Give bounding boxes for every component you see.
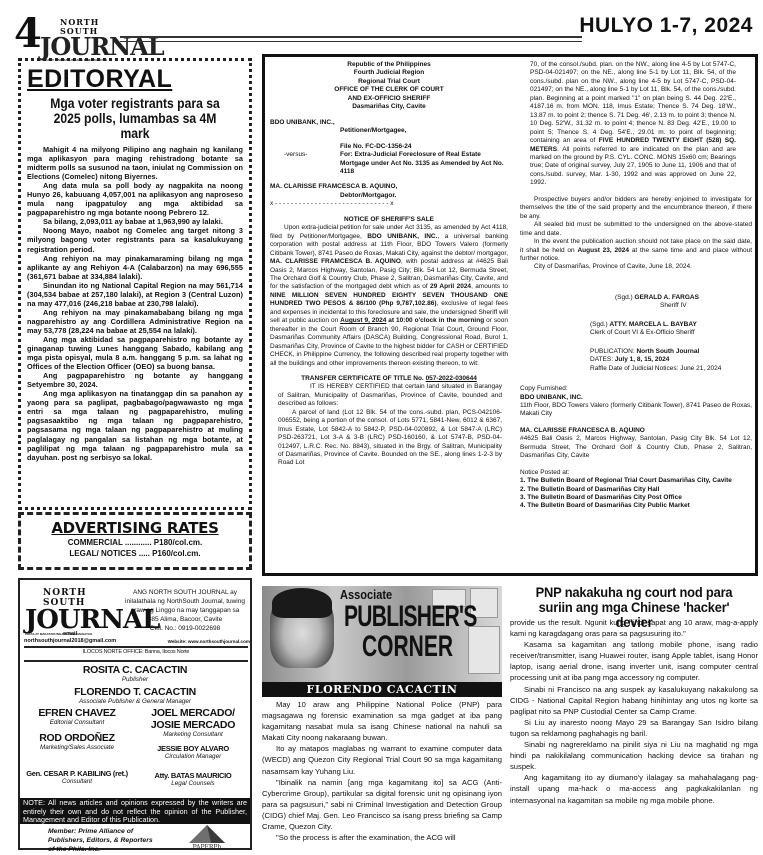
- editorial-headline: Mga voter registrants para sa 2025 polls…: [38, 96, 232, 141]
- copy-recipient: MA. CLARISSE FRANCESCA B. AQUINO: [520, 427, 752, 435]
- contact-row: email northsouthjournal2018@gmail.com We…: [24, 631, 250, 645]
- news-paragraph: provide us the result. Ngunit kung hindi…: [510, 617, 758, 639]
- alternate-date: In the event the publication auction sho…: [520, 238, 752, 263]
- posted-label: Notice Posted at:: [520, 469, 752, 477]
- sheriff-title: Sheriff IV: [660, 302, 752, 310]
- posted-item: 4. The Bulletin Board of Dasmariñas City…: [520, 502, 752, 510]
- news-paragraph: Ang kagamitang ito ay diumano'y ilalagay…: [510, 772, 758, 805]
- page-number: 4: [14, 14, 42, 54]
- issue-date: HULYO 1-7, 2024: [560, 14, 753, 38]
- staff-role: Publisher: [20, 676, 250, 684]
- staff-name: Atty. BATAS MAURICIO: [138, 771, 248, 780]
- tct-continuation: 70, of the consol./subd. plan. on the NW…: [530, 61, 736, 188]
- editorial-paragraph: Noong Mayo, naabot ng Comelec ang target…: [27, 226, 243, 253]
- ilocos-office: ILOCOS NORTE OFFICE: Banna, Ilocos Norte: [24, 649, 248, 656]
- copy-furnished-label: Copy Furnished:: [520, 385, 752, 393]
- publication: PUBLICATION: North South Journal: [590, 348, 752, 356]
- editorial-paragraph: Ang rehiyon na may pinakamaraming bilang…: [27, 254, 243, 281]
- separator: x - - - - - - - - - - - - - - - - - - - …: [270, 200, 508, 208]
- divider: [24, 660, 248, 662]
- columnist-hair: [272, 588, 332, 618]
- editorial-title: EDITORYAL: [27, 65, 243, 93]
- rate-commercial: COMMERCIAL ............ P180/col.cm.: [21, 537, 249, 548]
- pyramid-icon: PAPERPh: [185, 824, 229, 850]
- staff-circulation: JESSIE BOY ALVARO Circulation Manager: [138, 744, 248, 761]
- copy-address: 11th Floor, BDO Towers Valero (formerly …: [520, 402, 752, 419]
- header-rule: [120, 36, 582, 42]
- column-paragraph: "So the process is after the examination…: [262, 832, 502, 843]
- svg-text:PAPERPh: PAPERPh: [193, 844, 222, 850]
- journal-logo: NORTH SOUTH JOURNAL PATAS AT MAKATARUNGA…: [25, 588, 115, 628]
- website-link[interactable]: Website: www.northsouthjournal.com: [168, 638, 250, 645]
- editorial-paragraph: Mahigit 4 na milyong Pilipino ang naghai…: [27, 145, 243, 181]
- tct-heading: TRANSFER CERTIFICATE OF TITLE No. 057-20…: [270, 375, 508, 383]
- signature-clerk: (Sgd.) ATTY. MARCELA L. BAYBAY: [590, 321, 752, 329]
- file-no: File No. FC-DC-1356-24: [340, 143, 505, 151]
- staff-role: Marketing Consultant: [138, 731, 248, 739]
- masthead-main: JOURNAL: [40, 36, 130, 58]
- debtor: MA. CLARISSE FRAMCESCA B. AQUINO,: [270, 183, 508, 191]
- debtor-role: Debtor/Mortgagor.: [340, 192, 508, 200]
- editorial-paragraph: Ang mga aplikasyon na tinatanggap din sa…: [27, 389, 243, 461]
- staff-role: Consultant: [22, 778, 132, 786]
- email-link[interactable]: northsouthjournal2018@gmail.com: [24, 638, 116, 645]
- versus: -versus-: [270, 143, 340, 177]
- staff-marketing-consultant: JOEL MERCADO/ JOSIE MERCADO Marketing Co…: [138, 707, 248, 739]
- copy-recipient: BDO UNIBANK, INC.: [520, 394, 752, 402]
- copy-address: #4625 Bali Oasis 2, Marcos Highway, Sant…: [520, 435, 752, 460]
- staff-marketing-sales: ROD ORDOÑEZ Marketing/Sales Associate: [22, 732, 132, 752]
- posted-item: 1. The Bulletin Board of Regional Trial …: [520, 477, 752, 485]
- disclaimer-note: NOTE: All news articles and opinions exp…: [20, 798, 250, 824]
- editorial-box: EDITORYAL Mga voter registrants para sa …: [18, 58, 252, 510]
- court-line: Dasmariñas City, Cavite: [270, 103, 508, 111]
- editorial-paragraph: Sa bilang, 2,093,011 ay babae at 1,963,9…: [27, 217, 243, 226]
- news-paragraph: Kasama sa kagamitan ang tatlong mobile p…: [510, 639, 758, 683]
- email-label: email: [24, 631, 116, 638]
- news-paragraph: Sinabi ng nagrereklamo na pinilit siya n…: [510, 739, 758, 772]
- desc-line: 385 Alima, Bacoor, Cavite: [120, 615, 250, 624]
- staff-name: ROSITA C. CACACTIN: [20, 664, 250, 676]
- masthead-info-box: NORTH SOUTH JOURNAL PATAS AT MAKATARUNGA…: [18, 578, 252, 850]
- staff-role: Circulation Manager: [138, 753, 248, 761]
- divider: [24, 646, 248, 648]
- email-block: email northsouthjournal2018@gmail.com: [24, 631, 116, 645]
- column-body: May 10 araw ang Philippine National Poli…: [262, 699, 502, 843]
- publication-dates: DATES: July 1, 8, 15, 2024: [590, 356, 752, 364]
- court-line: Regional Trial Court: [270, 78, 508, 86]
- staff-editorial-consultant: EFREN CHAVEZ Editorial Consultant: [22, 707, 132, 727]
- clerk-title: Clerk of Court VI & Ex-Officio Sheriff: [590, 329, 752, 337]
- prospective-buyers: Prospective buyers and/or bidders are he…: [520, 196, 752, 221]
- staff-name: JOEL MERCADO/: [138, 707, 248, 719]
- raffle-date: Raffle Date of Judicial Notices: June 21…: [590, 365, 752, 373]
- petitioner-role: Petitioner/Mortgagee,: [340, 127, 508, 135]
- case-details: File No. FC-DC-1356-24 For: Extra-Judici…: [340, 143, 505, 177]
- staff-legal: Atty. BATAS MAURICIO Legal Counsels: [138, 771, 248, 788]
- sealed-bid: All sealed bid must be submitted to the …: [520, 221, 752, 238]
- staff-publisher: ROSITA C. CACACTIN Publisher: [20, 664, 250, 684]
- staff-name: ROD ORDOÑEZ: [22, 732, 132, 744]
- posted-item: 2. The Bulletin Board of Dasmariñas City…: [520, 486, 752, 494]
- advertising-rates-box: ADVERTISING RATES COMMERCIAL ...........…: [18, 512, 252, 570]
- tct-certification: IT IS HEREBY CERTIFIED that certain land…: [278, 383, 502, 408]
- column-paragraph: May 10 araw ang Philippine National Poli…: [262, 699, 502, 743]
- member-alliance: Member: Prime Alliance of Publishers, Ed…: [48, 828, 158, 854]
- desc-line: araw ng Linggo na may tanggapan sa: [120, 606, 250, 615]
- publishers-corner-banner: Associate PUBLISHER'S CORNER: [262, 586, 502, 682]
- desc-line: inilalathala ng NorthSouth Journal, tuwi…: [120, 597, 250, 606]
- notice-title: NOTICE OF SHERIFF'S SALE: [270, 216, 508, 224]
- staff-role: Associate Publisher & General Manager: [20, 698, 250, 706]
- editorial-paragraph: Sinundan ito ng National Capital Region …: [27, 281, 243, 308]
- tct-parcel: A parcel of land (Lot 12 Blk. 54 of the …: [278, 409, 502, 468]
- notice-left-column: Republic of the Philippines Fourth Judic…: [270, 61, 508, 468]
- court-line: Fourth Judicial Region: [270, 69, 508, 77]
- staff-name: EFREN CHAVEZ: [22, 707, 132, 719]
- case-for: For: Extra-Judicial Foreclosure of Real …: [340, 151, 505, 176]
- columnist-name: FLORENDO CACACTIN: [262, 682, 502, 697]
- news-paragraph: Sinabi ni Francisco na ang suspek ay kas…: [510, 684, 758, 717]
- advertising-title: ADVERTISING RATES: [21, 519, 249, 537]
- court-line: AND EX-OFFICIO SHERIFF: [270, 95, 508, 103]
- staff-name: JESSIE BOY ALVARO: [138, 744, 248, 753]
- staff-name: FLORENDO T. CACACTIN: [20, 686, 250, 698]
- banner-publishers: PUBLISHER'S: [344, 602, 477, 632]
- staff-consultant: Gen. CESAR P. KABILING (ret.) Consultant: [22, 769, 132, 786]
- column-paragraph: "Ibinalik na namin [ang mga kagamitang i…: [262, 777, 502, 832]
- masthead-logo: NORTH SOUTH JOURNAL PATAS AT MAKATARUNGA…: [40, 18, 130, 52]
- newspaper-clipping: [468, 626, 500, 674]
- news-paragraph: Si Liu ay inaresto noong Mayo 29 sa Bara…: [510, 717, 758, 739]
- paperph-logo: PAPERPh: [185, 824, 229, 850]
- banner-corner: CORNER: [362, 632, 453, 662]
- notice-right-column: 70, of the consol./subd. plan. on the NW…: [520, 61, 752, 511]
- staff-assoc-publisher: FLORENDO T. CACACTIN Associate Publisher…: [20, 686, 250, 706]
- sheriff-sale-notice: Republic of the Philippines Fourth Judic…: [262, 54, 758, 576]
- court-line: OFFICE OF THE CLERK OF COURT: [270, 86, 508, 94]
- news-body: provide us the result. Ngunit kung hindi…: [510, 617, 758, 806]
- column-paragraph: Ito ay matapos maglabas ng warrant to ex…: [262, 743, 502, 776]
- posted-item: 3. The Bulletin Board of Dasmariñas City…: [520, 494, 752, 502]
- staff-name: JOSIE MERCADO: [138, 719, 248, 731]
- editorial-paragraph: Ang mga aktibidad sa pagpaparehistro ng …: [27, 335, 243, 371]
- logo-main-text: JOURNAL: [25, 608, 115, 632]
- petitioner: BDO UNIBANK, INC.,: [270, 119, 508, 127]
- city-date: City of Dasmariñas, Province of Cavite, …: [520, 263, 752, 271]
- staff-role: Marketing/Sales Associate: [22, 744, 132, 752]
- desc-line: ANG NORTH SOUTH JOURNAL ay: [120, 588, 250, 597]
- notice-body: Upon extra-judicial petition for sale un…: [270, 224, 508, 368]
- signature-sheriff: (Sgd.) GERALD A. FARGAS: [615, 294, 752, 302]
- case-row: -versus- File No. FC-DC-1356-24 For: Ext…: [270, 143, 508, 177]
- publication-description: ANG NORTH SOUTH JOURNAL ay inilalathala …: [120, 588, 250, 633]
- court-header: Republic of the Philippines Fourth Judic…: [270, 61, 508, 112]
- editorial-paragraph: Ang pagpaparehistro ng botante ay hangga…: [27, 371, 243, 389]
- staff-name: Gen. CESAR P. KABILING (ret.): [22, 769, 132, 778]
- court-line: Republic of the Philippines: [270, 61, 508, 69]
- rate-legal: LEGAL/ NOTICES ..... P160/col.cm.: [21, 548, 249, 559]
- editorial-paragraph: Ang rehiyon na may pinakamababang bilang…: [27, 308, 243, 335]
- staff-role: Editorial Consultant: [22, 719, 132, 727]
- staff-role: Legal Counsels: [138, 780, 248, 788]
- editorial-paragraph: Ang data mula sa poll body ay nagpakita …: [27, 181, 243, 217]
